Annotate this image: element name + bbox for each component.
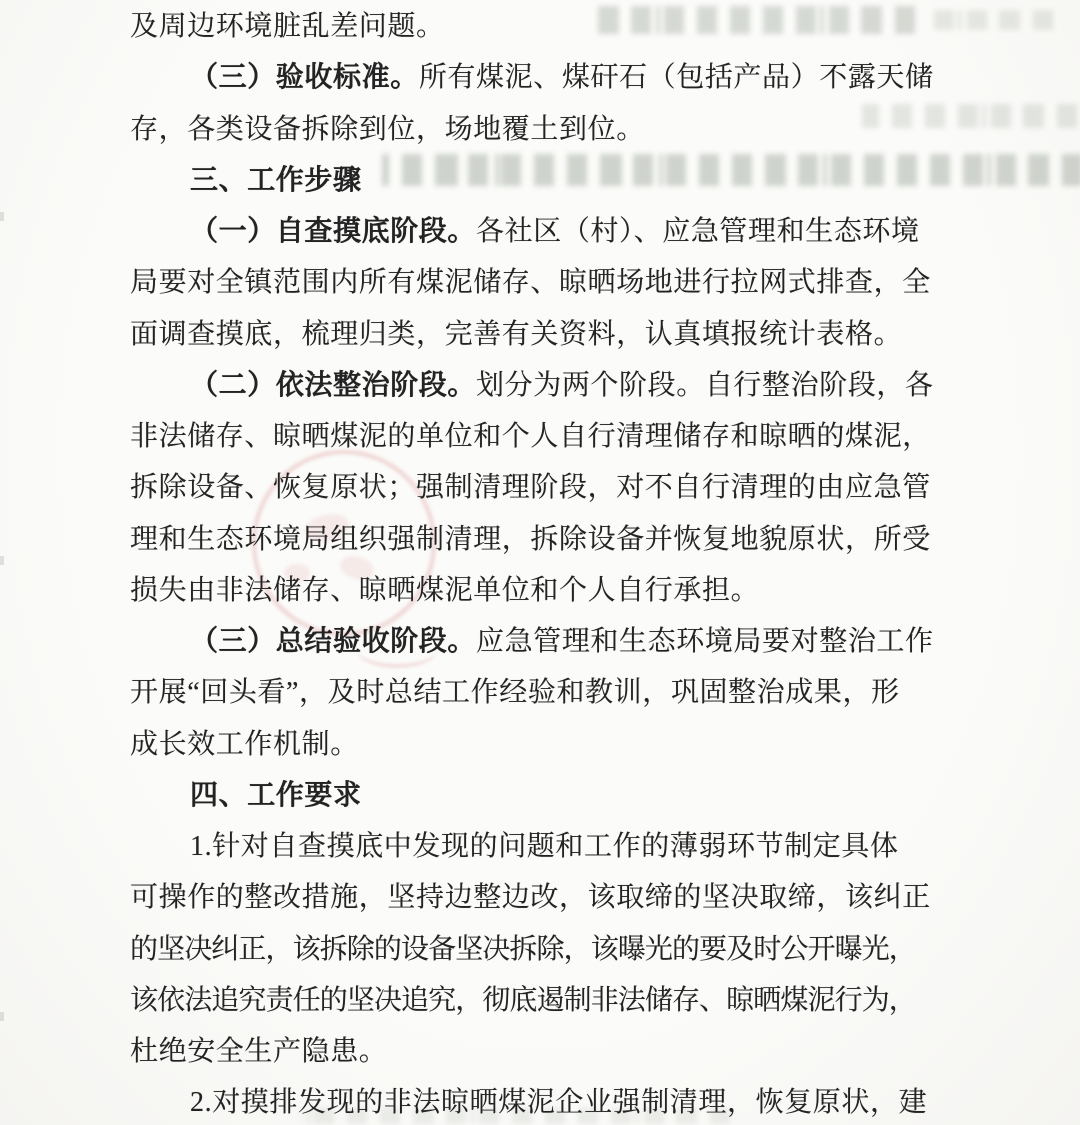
- line-bold-heading: （三）总结验收阶段。: [190, 626, 476, 657]
- text-line: 局要对全镇范围内所有煤泥储存、晾晒场地进行拉网式排查，全: [130, 266, 931, 300]
- bleedthrough-smudge: [862, 104, 1077, 128]
- text-line: 成长效工作机制。: [130, 728, 359, 762]
- line-bold-heading: 四、工作要求: [190, 780, 362, 811]
- line-text: 局要对全镇范围内所有煤泥储存、晾晒场地进行拉网式排查，全: [130, 267, 931, 298]
- text-line: 及周边环境脏乱差问题。: [130, 10, 445, 44]
- bleedthrough-smudge: [382, 154, 1080, 186]
- line-bold-heading: 三、工作步骤: [190, 165, 362, 196]
- line-text: 所有煤泥、煤矸石（包括产品）不露天储: [419, 62, 934, 93]
- text-line: 杜绝安全生产隐患。: [130, 1035, 387, 1069]
- text-line: 三、工作步骤: [190, 164, 362, 198]
- text-line: 开展“回头看”，及时总结工作经验和教训，巩固整治成果，形: [130, 676, 900, 710]
- line-text: 应急管理和生态环境局要对整治工作: [476, 626, 934, 657]
- text-line: （三）验收标准。所有煤泥、煤矸石（包括产品）不露天储: [190, 61, 934, 95]
- scanned-document-page: 及周边环境脏乱差问题。 （三）验收标准。所有煤泥、煤矸石（包括产品）不露天储 存…: [0, 0, 1080, 1125]
- line-text: 理和生态环境局组织强制清理，拆除设备并恢复地貌原状，所受: [130, 524, 931, 555]
- bleedthrough-smudge: [597, 6, 915, 34]
- text-line: 存，各类设备拆除到位，场地覆土到位。: [130, 113, 645, 147]
- scan-edge-mark: [0, 212, 4, 221]
- line-text: 损失由非法储存、晾晒煤泥单位和个人自行承担。: [130, 575, 759, 606]
- line-text: 及周边环境脏乱差问题。: [130, 11, 445, 42]
- line-bold-heading: （二）依法整治阶段。: [190, 370, 476, 401]
- line-bold-heading: （三）验收标准。: [190, 62, 419, 93]
- line-text: 面调查摸底，梳理归类，完善有关资料，认真填报统计表格。: [130, 319, 902, 350]
- bleedthrough-smudge: [928, 10, 1053, 30]
- text-line: （二）依法整治阶段。划分为两个阶段。自行整治阶段，各: [190, 369, 934, 403]
- scan-edge-mark: [0, 1012, 4, 1021]
- line-text: 该依法追究责任的坚决追究，彻底遏制非法储存、晾晒煤泥行为，: [130, 985, 916, 1016]
- text-line: 的坚决纠正，该拆除的设备坚决拆除，该曝光的要及时公开曝光，: [130, 933, 916, 967]
- text-line: 2.对摸排发现的非法晾晒煤泥企业强制清理，恢复原状，建: [190, 1086, 927, 1120]
- line-bold-heading: （一）自查摸底阶段。: [190, 216, 476, 247]
- line-text: 1.针对自查摸底中发现的问题和工作的薄弱环节制定具体: [190, 831, 899, 862]
- line-text: 存，各类设备拆除到位，场地覆土到位。: [130, 114, 645, 145]
- text-line: 损失由非法储存、晾晒煤泥单位和个人自行承担。: [130, 574, 759, 608]
- text-line: 1.针对自查摸底中发现的问题和工作的薄弱环节制定具体: [190, 830, 899, 864]
- line-text: 杜绝安全生产隐患。: [130, 1036, 387, 1067]
- text-line: （一）自查摸底阶段。各社区（村）、应急管理和生态环境: [190, 215, 920, 249]
- text-line: 非法储存、晾晒煤泥的单位和个人自行清理储存和晾晒的煤泥，: [130, 420, 931, 454]
- text-line: （三）总结验收阶段。应急管理和生态环境局要对整治工作: [190, 625, 934, 659]
- text-line: 面调查摸底，梳理归类，完善有关资料，认真填报统计表格。: [130, 318, 902, 352]
- line-text: 的坚决纠正，该拆除的设备坚决拆除，该曝光的要及时公开曝光，: [130, 934, 916, 965]
- line-text: 拆除设备、恢复原状；强制清理阶段，对不自行清理的由应急管: [130, 472, 931, 503]
- text-line: 可操作的整改措施，坚持边整边改，该取缔的坚决取缔，该纠正: [130, 881, 931, 915]
- bleedthrough-texture: [928, 10, 1053, 30]
- line-text: 各社区（村）、应急管理和生态环境: [476, 216, 920, 247]
- text-line: 拆除设备、恢复原状；强制清理阶段，对不自行清理的由应急管: [130, 471, 931, 505]
- line-text: 成长效工作机制。: [130, 729, 359, 760]
- text-line: 理和生态环境局组织强制清理，拆除设备并恢复地貌原状，所受: [130, 523, 931, 557]
- line-text: 2.对摸排发现的非法晾晒煤泥企业强制清理，恢复原状，建: [190, 1087, 927, 1118]
- line-text: 划分为两个阶段。自行整治阶段，各: [476, 370, 934, 401]
- line-text: 可操作的整改措施，坚持边整边改，该取缔的坚决取缔，该纠正: [130, 882, 931, 913]
- bleedthrough-texture: [382, 154, 1080, 186]
- bleedthrough-texture: [862, 104, 1077, 128]
- bleedthrough-texture: [597, 6, 915, 34]
- line-text: 开展“回头看”，及时总结工作经验和教训，巩固整治成果，形: [130, 677, 900, 708]
- text-line: 该依法追究责任的坚决追究，彻底遏制非法储存、晾晒煤泥行为，: [130, 984, 916, 1018]
- line-text: 非法储存、晾晒煤泥的单位和个人自行清理储存和晾晒的煤泥，: [130, 421, 931, 452]
- text-line: 四、工作要求: [190, 779, 362, 813]
- scan-edge-mark: [0, 556, 4, 565]
